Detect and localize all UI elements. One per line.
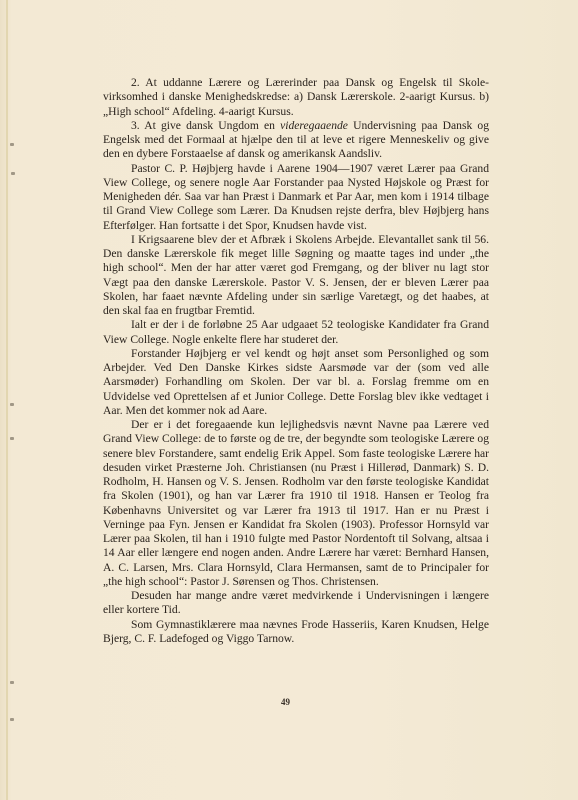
paragraph-purpose-3: 3. At give dansk Ungdom en videregaaende… [103,119,489,162]
paragraph-forstander: Forstander Højbjerg er vel kendt og højt… [103,347,489,418]
margin-speck [10,143,14,146]
margin-speck [10,681,14,684]
binding-edge [6,0,8,800]
margin-speck [10,403,14,406]
page-number: 49 [281,697,290,707]
paragraph-candidates: Ialt er der i de forløbne 25 Aar udgaaet… [103,318,489,347]
margin-speck [10,437,14,440]
paragraph-hojbjerg: Pastor C. P. Højbjerg havde i Aarene 190… [103,162,489,233]
body-text: 2. At uddanne Lærere og Lærerinder paa D… [103,76,489,646]
paragraph-gymnastics: Som Gymnastiklærere maa nævnes Frode Has… [103,618,489,647]
paragraph-purpose-2: 2. At uddanne Lærere og Lærerinder paa D… [103,76,489,119]
paragraph-teachers: Der er i det foregaaende kun lejlighedsv… [103,418,489,589]
emphasis: videregaaende [280,119,348,132]
margin-speck [11,172,15,175]
paragraph-war-years: I Krigsaarene blev der et Afbræk i Skole… [103,233,489,319]
margin-speck [10,718,14,721]
paragraph-others: Desuden har mange andre været medvirkend… [103,589,489,618]
scanned-page: 2. At uddanne Lærere og Lærerinder paa D… [0,0,578,800]
